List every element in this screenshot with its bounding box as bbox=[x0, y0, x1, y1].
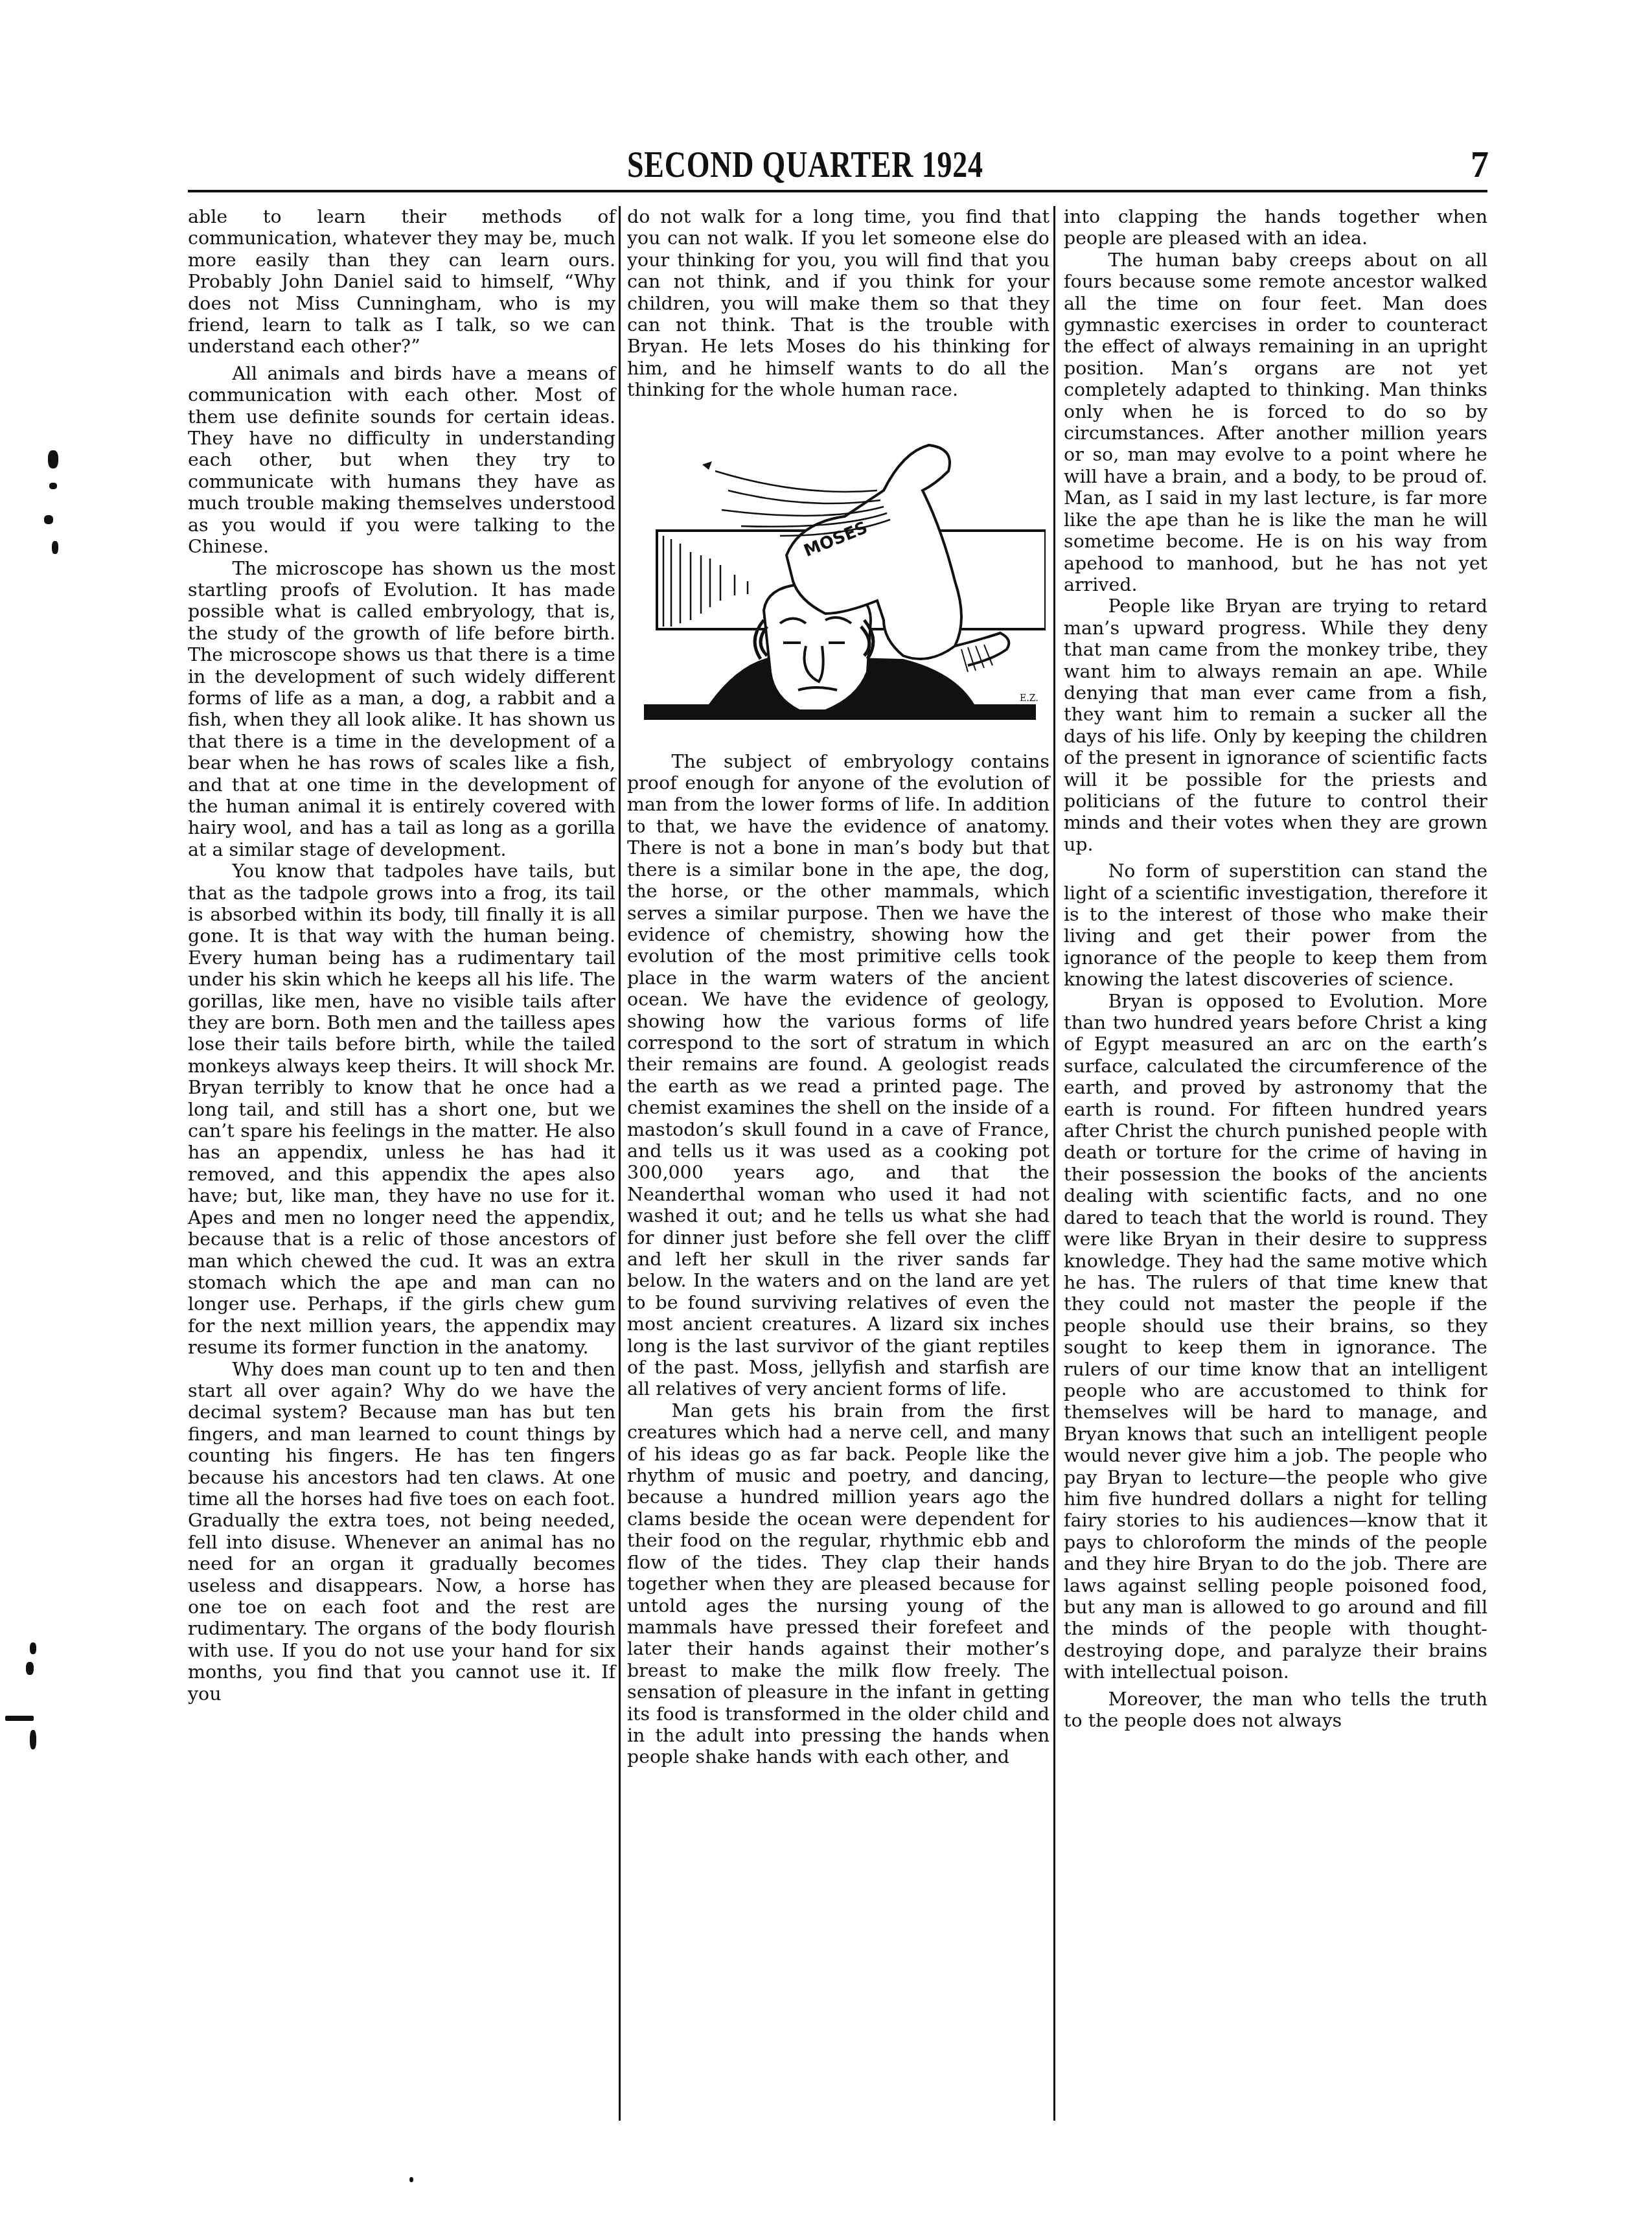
paragraph: The human baby creeps about on all fours… bbox=[1064, 249, 1487, 596]
paragraph: The subject of embryology contains proof… bbox=[627, 751, 1050, 1400]
header-rule bbox=[188, 190, 1487, 192]
paragraph: able to learn their methods of communica… bbox=[188, 206, 615, 358]
paragraph: Bryan is opposed to Evolution. More than… bbox=[1064, 991, 1487, 1683]
ink-blot bbox=[5, 1716, 34, 1721]
ink-blot bbox=[52, 541, 58, 554]
paragraph: Moreover, the man who tells the truth to… bbox=[1064, 1689, 1487, 1732]
paragraph: The microscope has shown us the most sta… bbox=[188, 558, 615, 861]
moses-bryan-cartoon-icon: MOSES E.Z. bbox=[631, 426, 1046, 724]
paragraph: People like Bryan are trying to retard m… bbox=[1064, 595, 1487, 855]
paragraph: into clapping the hands together when pe… bbox=[1064, 206, 1487, 249]
column-divider-right bbox=[1053, 206, 1055, 2121]
ink-blot bbox=[30, 1730, 36, 1749]
ink-blot bbox=[49, 483, 57, 489]
cartoon-illustration: MOSES E.Z. bbox=[631, 426, 1046, 724]
paragraph: You know that tadpoles have tails, but t… bbox=[188, 860, 615, 1358]
paragraph: do not walk for a long time, you find th… bbox=[627, 206, 1050, 401]
ink-blot bbox=[44, 515, 53, 524]
running-header: SECOND QUARTER 1924 7 bbox=[188, 133, 1489, 185]
column-left: able to learn their methods of communica… bbox=[188, 206, 615, 1705]
ink-blot bbox=[30, 1642, 36, 1654]
paragraph: Why does man count up to ten and then st… bbox=[188, 1359, 615, 1705]
svg-text:E.Z.: E.Z. bbox=[1020, 693, 1038, 704]
column-right: into clapping the hands together when pe… bbox=[1064, 206, 1487, 1731]
column-middle: do not walk for a long time, you find th… bbox=[627, 206, 1050, 1768]
ink-blot bbox=[26, 1662, 34, 1675]
page-number: 7 bbox=[1471, 144, 1489, 186]
paragraph: No form of superstition can stand the li… bbox=[1064, 860, 1487, 990]
ink-blot bbox=[48, 450, 58, 468]
column-divider-left bbox=[619, 206, 621, 2121]
ink-speck bbox=[409, 2177, 413, 2182]
publication-title: SECOND QUARTER 1924 bbox=[627, 144, 983, 186]
paragraph: Man gets his brain from the first creatu… bbox=[627, 1400, 1050, 1768]
paragraph: All animals and birds have a means of co… bbox=[188, 363, 615, 558]
